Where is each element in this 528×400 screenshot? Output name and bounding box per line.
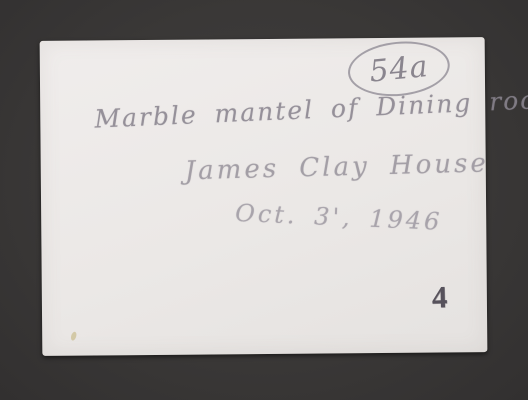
stamped-page-number: 4 — [431, 279, 447, 315]
photo-verso-card: 54a Marble mantel of Dining room James C… — [40, 37, 488, 356]
inscription-line-1: Marble mantel of Dining room — [94, 84, 528, 133]
inscription-line-2: James Clay House — [184, 148, 489, 186]
photo-backdrop: 54a Marble mantel of Dining room James C… — [0, 0, 528, 400]
stain-speck — [70, 331, 77, 341]
inscription-line-3: Oct. 3', 1946 — [235, 199, 443, 236]
